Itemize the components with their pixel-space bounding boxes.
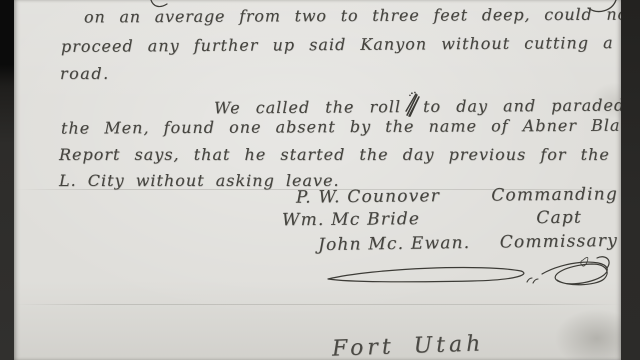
signature-title: Commissary: [500, 231, 619, 253]
letter-line: proceed any further up said Kanyon witho…: [61, 33, 614, 56]
signature-flourish: [314, 252, 621, 294]
scanned-letter-page: { "letter": { "paragraph1": { "line1": "…: [0, 0, 640, 360]
paper-crease: [14, 304, 621, 305]
letter-line: on an average from two to three feet dee…: [84, 5, 621, 27]
signature-title: Capt: [536, 208, 582, 228]
letter-paper: on an average from two to three feet dee…: [14, 0, 621, 360]
scan-backdrop-right: [621, 0, 640, 360]
letter-line-segment: We called the roll: [214, 97, 401, 117]
letter-line-segment: to day and paraded: [423, 96, 621, 116]
letter-place-line: Fort Utah: [332, 331, 485, 360]
strikeout-scribble: [404, 91, 420, 117]
letter-line: road.: [60, 64, 110, 83]
signature-title: Commanding: [491, 184, 618, 205]
signature-name: Wm. Mc Bride: [282, 209, 420, 230]
paper-crease: [14, 189, 621, 190]
signature-row: P. W. Counover Commanding: [296, 184, 618, 207]
letter-line: Report says, that he started the day pre…: [59, 145, 621, 164]
signature-row: Wm. Mc Bride Capt: [282, 208, 582, 231]
letter-line: We called the roll to day and paraded: [214, 90, 621, 119]
letter-line: the Men, found one absent by the name of…: [61, 115, 621, 137]
